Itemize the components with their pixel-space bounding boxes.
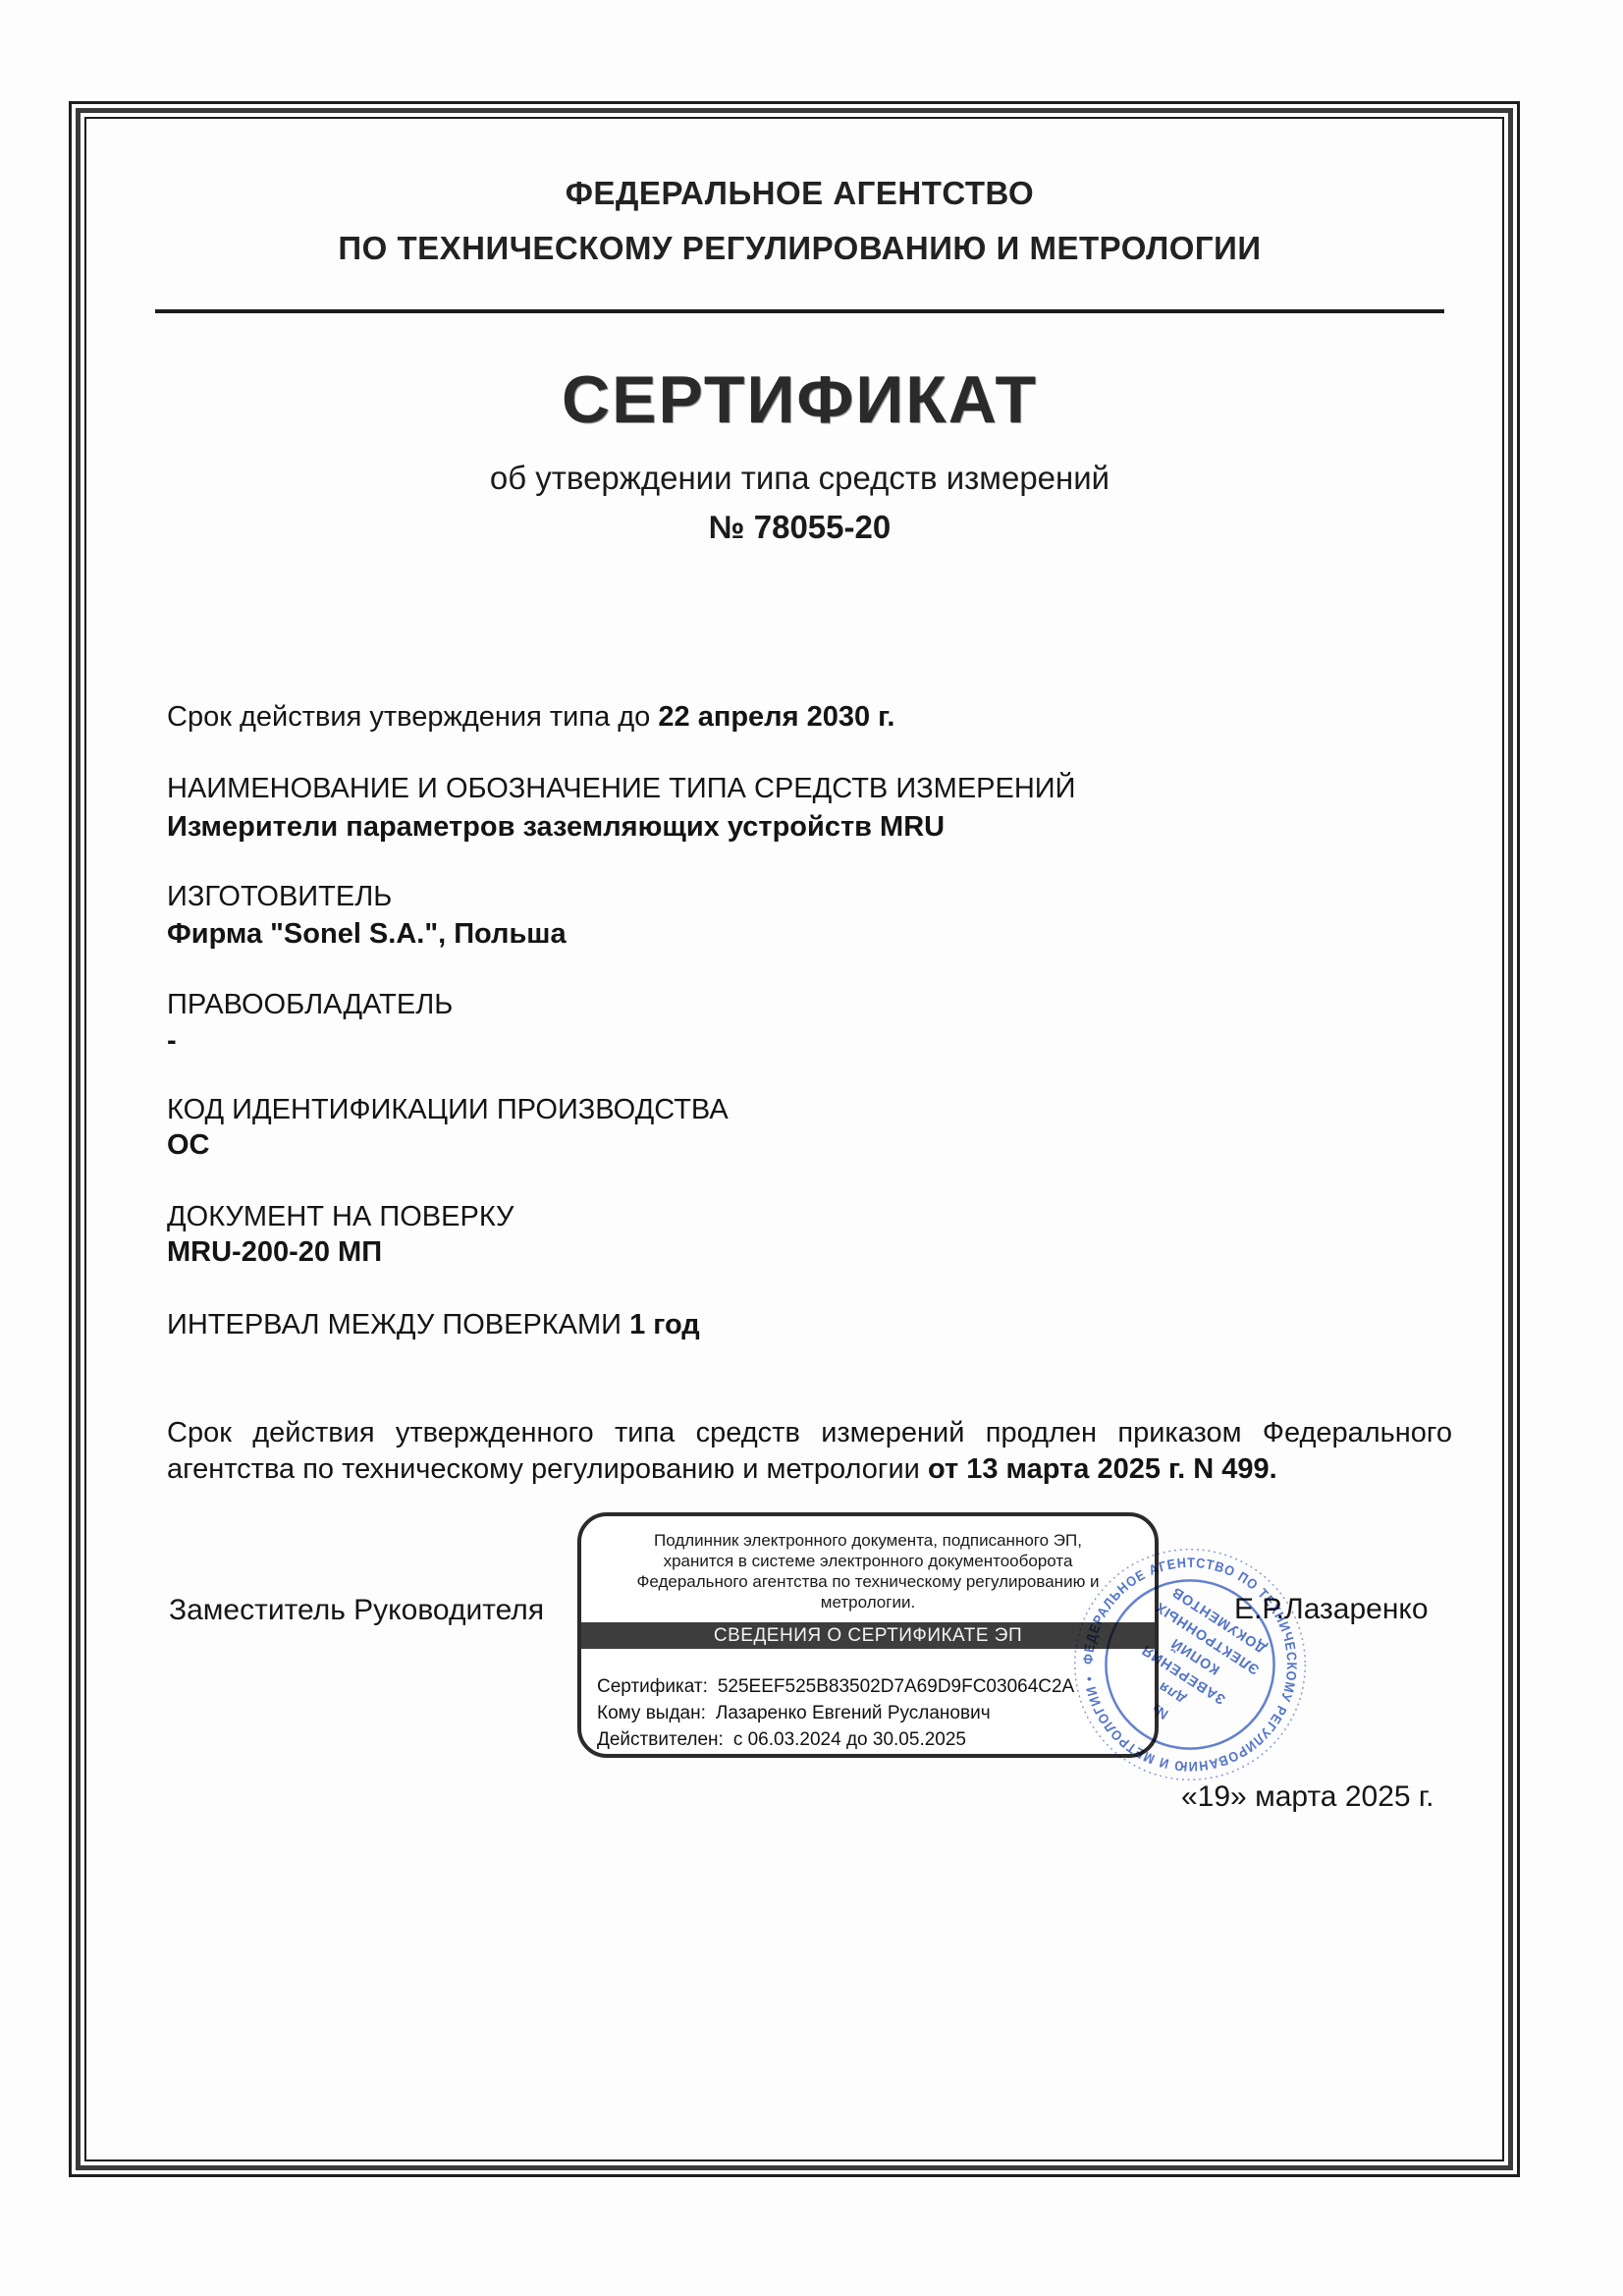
- certificate-scan: { "header": { "line1": "ФЕДЕРАЛЬНОЕ АГЕН…: [0, 0, 1623, 2296]
- esign-certificate-label: Сертификат:: [597, 1676, 708, 1697]
- extension-line2: агентства по техническому регулированию …: [167, 1451, 1452, 1488]
- esign-valid-value: с 06.03.2024 до 30.05.2025: [733, 1729, 966, 1750]
- agency-seal-stamp-icon: ФЕДЕРАЛЬНОЕ АГЕНТСТВО ПО ТЕХНИЧЕСКОМУ РЕ…: [1067, 1542, 1313, 1787]
- stamp-ring-text: ФЕДЕРАЛЬНОЕ АГЕНТСТВО ПО ТЕХНИЧЕСКОМУ РЕ…: [1080, 1555, 1300, 1775]
- esign-valid-label: Действителен:: [597, 1729, 724, 1750]
- signer-position: Заместитель Руководителя: [169, 1594, 544, 1627]
- interval-value: 1 год: [629, 1309, 700, 1340]
- production-code-value: ОС: [167, 1127, 1452, 1164]
- manufacturer-value: Фирма "Sonel S.A.", Польша: [167, 916, 1452, 953]
- extension-line2-bold: от 13 марта 2025 г. N 499.: [928, 1453, 1277, 1485]
- esign-issued-to-value: Лазаренко Евгений Русланович: [716, 1703, 991, 1723]
- extension-paragraph: Срок действия утвержденного типа средств…: [167, 1415, 1452, 1488]
- extension-line2-regular: агентства по техническому регулированию …: [167, 1453, 928, 1485]
- esign-row-issued-to: Кому выдан:Лазаренко Евгений Русланович: [597, 1700, 1074, 1726]
- verification-doc-label: ДОКУМЕНТ НА ПОВЕРКУ: [167, 1199, 1452, 1235]
- certificate-number: № 78055-20: [155, 509, 1444, 546]
- esign-row-certificate: Сертификат:525EEF525B83502D7A69D9FC03064…: [597, 1673, 1074, 1700]
- interval-label: ИНТЕРВАЛ МЕЖДУ ПОВЕРКАМИ: [167, 1309, 629, 1340]
- certificate-title: СЕРТИФИКАТ: [155, 361, 1444, 438]
- validity-value: 22 апреля 2030 г.: [658, 701, 894, 733]
- agency-name-line1: ФЕДЕРАЛЬНОЕ АГЕНТСТВО: [155, 175, 1444, 212]
- esign-issued-to-label: Кому выдан:: [597, 1703, 706, 1723]
- certificate-subtitle: об утверждении типа средств измерений: [155, 460, 1444, 497]
- header-divider: [155, 309, 1444, 313]
- validity-line: Срок действия утверждения типа до 22 апр…: [167, 699, 1452, 736]
- esign-certificate-value: 525EEF525B83502D7A69D9FC03064C2A: [718, 1676, 1074, 1697]
- esign-certificate-details: Сертификат:525EEF525B83502D7A69D9FC03064…: [597, 1673, 1074, 1753]
- validity-label: Срок действия утверждения типа до: [167, 701, 658, 733]
- rights-holder-label: ПРАВООБЛАДАТЕЛЬ: [167, 987, 1452, 1023]
- production-code-label: КОД ИДЕНТИФИКАЦИИ ПРОИЗВОДСТВА: [167, 1092, 1452, 1128]
- verification-doc-value: MRU-200-20 МП: [167, 1234, 1452, 1271]
- interval-line: ИНТЕРВАЛ МЕЖДУ ПОВЕРКАМИ 1 год: [167, 1307, 1452, 1343]
- manufacturer-label: ИЗГОТОВИТЕЛЬ: [167, 879, 1452, 915]
- rights-holder-value: -: [167, 1023, 1452, 1060]
- esign-row-valid: Действителен:с 06.03.2024 до 30.05.2025: [597, 1726, 1074, 1753]
- stamp-outer-circle: [1075, 1550, 1306, 1780]
- type-name-value: Измерители параметров заземляющих устрой…: [167, 809, 1452, 846]
- type-name-label: НАИМЕНОВАНИЕ И ОБОЗНАЧЕНИЕ ТИПА СРЕДСТВ …: [167, 771, 1452, 807]
- svg-text:№: №: [1149, 1700, 1171, 1722]
- extension-line1: Срок действия утвержденного типа средств…: [167, 1415, 1452, 1451]
- agency-name-line2: ПО ТЕХНИЧЕСКОМУ РЕГУЛИРОВАНИЮ И МЕТРОЛОГ…: [155, 230, 1444, 267]
